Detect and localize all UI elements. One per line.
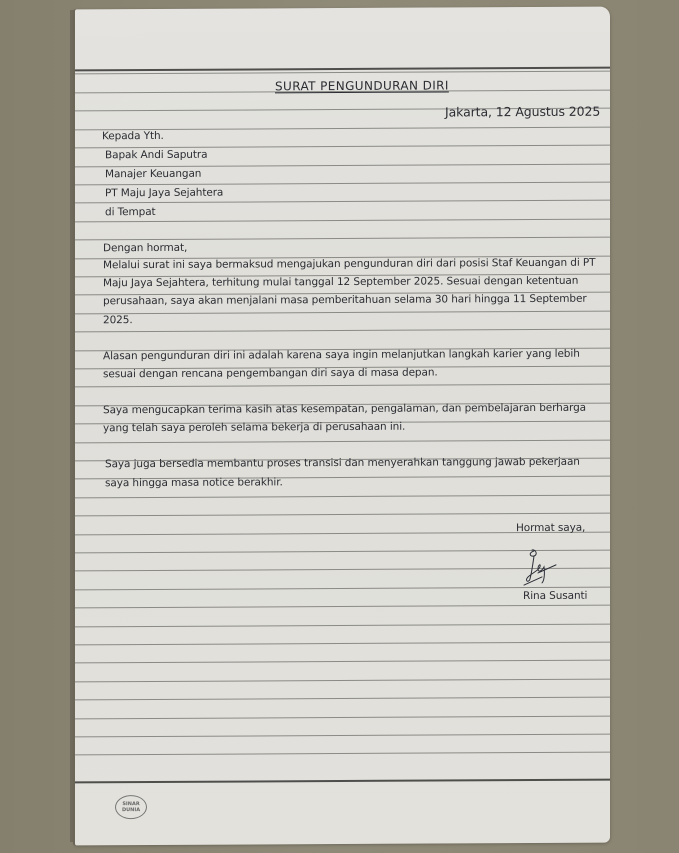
paragraph-2-line-2: sesuai dengan rencana pengembangan diri … bbox=[103, 367, 438, 381]
paragraph-1-line-4: 2025. bbox=[103, 314, 133, 326]
letter-title: SURAT PENGUNDURAN DIRI bbox=[275, 78, 449, 93]
ruled-line bbox=[75, 145, 610, 149]
greeting: Dengan hormat, bbox=[103, 242, 187, 254]
recipient-salutation: Kepada Yth. bbox=[102, 130, 164, 142]
paragraph-2-line-1: Alasan pengunduran diri ini adalah karen… bbox=[103, 348, 580, 362]
lined-paper-sheet: SURAT PENGUNDURAN DIRI Jakarta, 12 Agust… bbox=[75, 7, 610, 846]
paragraph-1-line-3: perusahaan, saya akan menjalani masa pem… bbox=[103, 293, 587, 308]
ruled-line bbox=[75, 513, 610, 517]
ruled-line bbox=[75, 440, 610, 444]
recipient-location: di Tempat bbox=[105, 206, 156, 218]
paragraph-4-line-1: Saya juga bersedia membantu proses trans… bbox=[105, 456, 580, 470]
brand-logo-icon: SINAR DUNIA bbox=[115, 795, 147, 819]
ruled-line bbox=[75, 679, 610, 683]
recipient-name: Bapak Andi Saputra bbox=[105, 149, 207, 162]
ruled-line bbox=[75, 716, 610, 720]
ruled-line bbox=[75, 311, 610, 315]
ruled-line bbox=[75, 495, 610, 499]
ruled-line bbox=[75, 200, 610, 204]
recipient-company: PT Maju Jaya Sejahtera bbox=[105, 187, 223, 200]
recipient-position: Manajer Keuangan bbox=[105, 168, 201, 181]
paragraph-4-line-2: saya hingga masa notice berakhir. bbox=[105, 476, 283, 489]
ruled-line bbox=[75, 624, 610, 628]
ruled-line bbox=[75, 697, 610, 701]
paragraph-3-line-2: yang telah saya peroleh selama bekerja d… bbox=[103, 421, 405, 435]
signer-name: Rina Susanti bbox=[523, 590, 587, 602]
paragraph-1-line-2: Maju Jaya Sejahtera, terhitung mulai tan… bbox=[103, 275, 578, 289]
ruled-line bbox=[75, 182, 610, 186]
signature-icon bbox=[520, 547, 560, 589]
ruled-line bbox=[75, 642, 610, 646]
ruled-line bbox=[75, 605, 610, 609]
place-date: Jakarta, 12 Agustus 2025 bbox=[445, 104, 600, 120]
brand-logo-line-2: DUNIA bbox=[122, 807, 140, 813]
ruled-line bbox=[75, 219, 610, 223]
ruled-line bbox=[75, 384, 610, 388]
paragraph-1-line-1: Melalui surat ini saya bermaksud mengaju… bbox=[103, 257, 595, 272]
ruled-line bbox=[75, 752, 610, 756]
ruled-line bbox=[75, 237, 610, 241]
closing: Hormat saya, bbox=[516, 522, 585, 534]
paragraph-3-line-1: Saya mengucapkan terima kasih atas kesem… bbox=[103, 402, 586, 417]
ruled-line bbox=[75, 660, 610, 664]
header-rule-secondary bbox=[75, 71, 610, 75]
ruled-line bbox=[75, 734, 610, 738]
footer-rule bbox=[75, 779, 610, 784]
ruled-line bbox=[75, 329, 610, 333]
ruled-line bbox=[75, 164, 610, 168]
